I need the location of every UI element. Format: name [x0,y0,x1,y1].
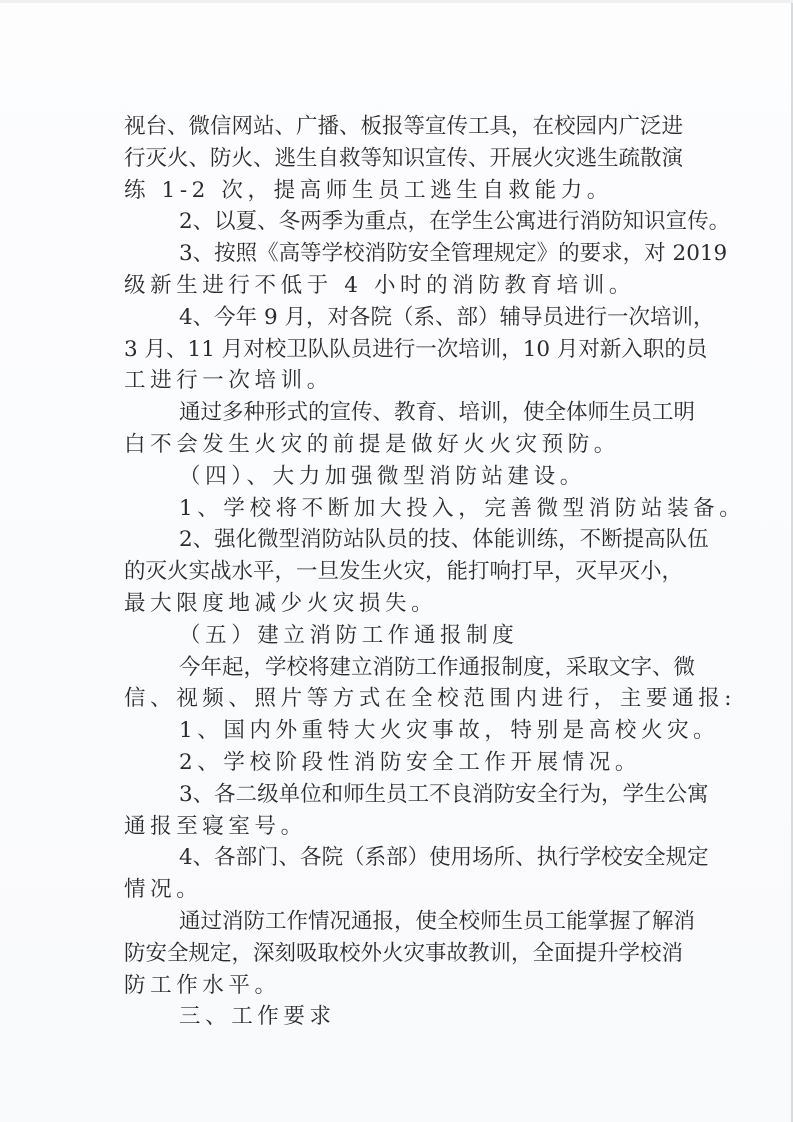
list-item-line: 3、各二级单位和师生员工不良消防安全行为，学生公寓 [124,779,674,811]
paragraph-line: 今年起，学校将建立消防工作通报制度，采取文字、微 [124,652,674,684]
paragraph-line: 通过多种形式的宣传、教育、培训，使全体师生员工明 [124,397,674,429]
paragraph-line: 情况。 [124,874,674,906]
paragraph-line: 通报至寝室号。 [124,811,674,843]
paragraph-line: 通过消防工作情况通报，使全校师生员工能掌握了解消 [124,906,674,938]
paragraph-line: 信、视频、照片等方式在全校范围内进行，主要通报: [124,683,674,715]
document-page: 视台、微信网站、广播、板报等宣传工具，在校园内广泛进 行灭火、防火、逃生自救等知… [0,0,793,1122]
list-item-line: 1、国内外重特大火灾事故，特别是高校火灾。 [124,715,674,747]
section-heading-4: （四）、大力加强微型消防站建设。 [124,461,674,493]
paragraph-line: 的灭火实战水平，一旦发生火灾，能打响打早，灭早灭小， [124,556,674,588]
list-item-line: 2、学校阶段性消防安全工作开展情况。 [124,747,674,779]
document-body: 视台、微信网站、广播、板报等宣传工具，在校园内广泛进 行灭火、防火、逃生自救等知… [124,111,674,1033]
paragraph-line: 视台、微信网站、广播、板报等宣传工具，在校园内广泛进 [124,111,674,143]
paragraph-line: 白不会发生火灾的前提是做好火火灾预防。 [124,429,674,461]
paragraph-line: 防安全规定，深刻吸取校外火灾事故教训，全面提升学校消 [124,938,674,970]
list-item-line: 4、各部门、各院（系部）使用场所、执行学校安全规定 [124,842,674,874]
paragraph-line: 练 1-2 次，提高师生员工逃生自救能力。 [124,175,674,207]
list-item-line: 4、今年 9 月，对各院（系、部）辅导员进行一次培训， [124,302,674,334]
paragraph-line: 防工作水平。 [124,970,674,1002]
paragraph-line: 工进行一次培训。 [124,365,674,397]
list-item-line: 3、按照《高等学校消防安全管理规定》的要求，对 2019 [124,238,674,270]
paragraph-line: 级新生进行不低于 4 小时的消防教育培训。 [124,270,674,302]
list-item-line: 2、以夏、冬两季为重点，在学生公寓进行消防知识宣传。 [124,206,674,238]
list-item-line: 1、学校将不断加大投入，完善微型消防站装备。 [124,493,674,525]
section-heading-5: （五）建立消防工作通报制度 [124,620,674,652]
scan-top-edge [0,0,793,3]
paragraph-line: 最大限度地减少火灾损失。 [124,588,674,620]
section-heading-3: 三、工作要求 [124,1001,674,1033]
paragraph-line: 行灭火、防火、逃生自救等知识宣传、开展火灾逃生疏散演 [124,143,674,175]
list-item-line: 2、强化微型消防站队员的技、体能训练，不断提高队伍 [124,524,674,556]
paragraph-line: 3 月、11 月对校卫队队员进行一次培训，10 月对新入职的员 [124,334,674,366]
